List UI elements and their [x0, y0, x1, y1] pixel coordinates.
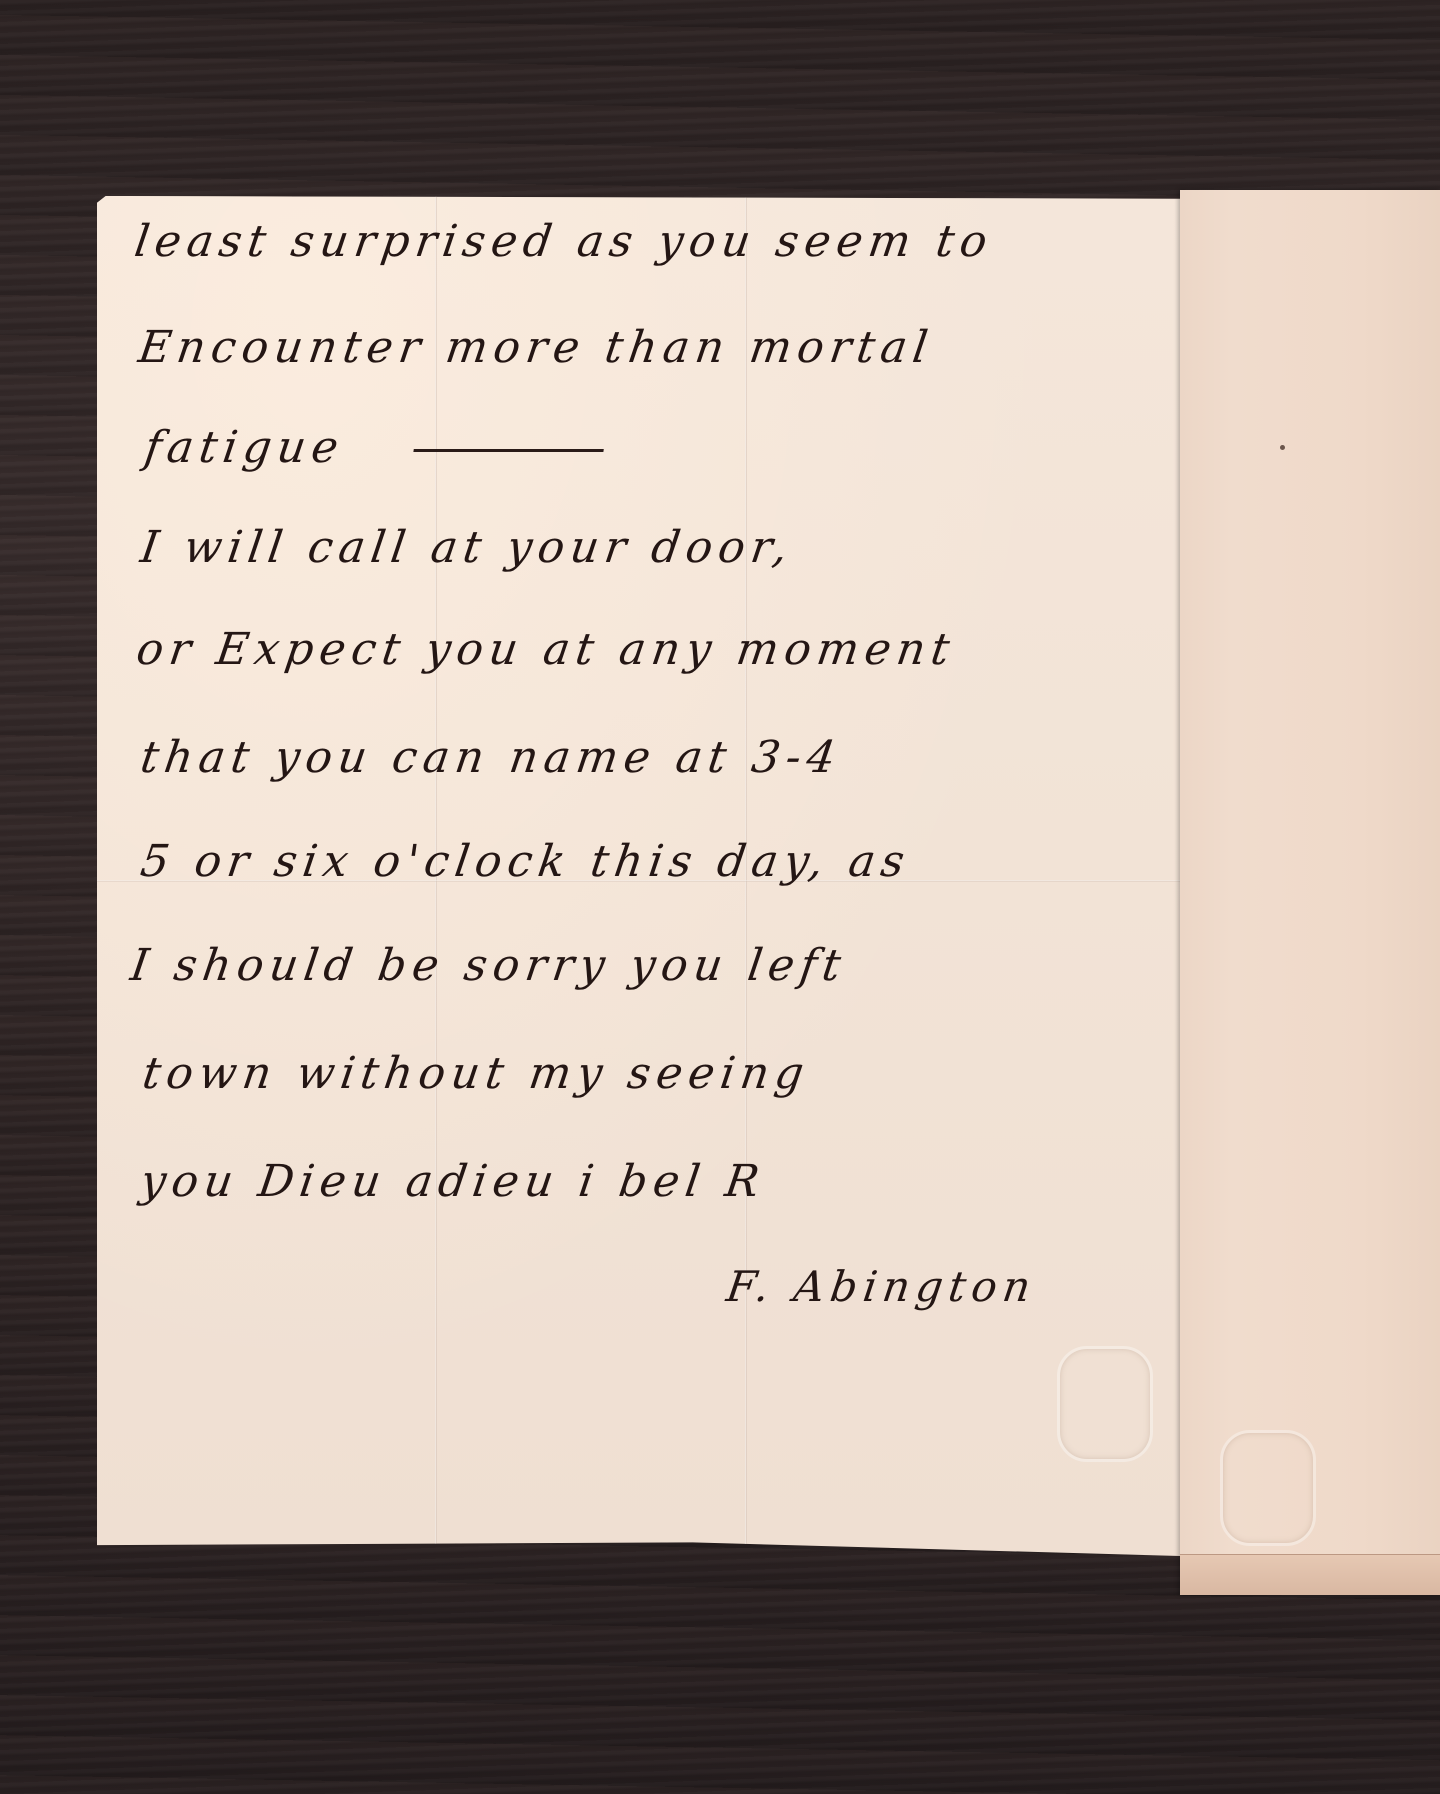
letter-line: least surprised as you seem to: [131, 216, 996, 267]
letter-line: I should be sorry you left: [127, 940, 849, 991]
letter-line: or Expect you at any moment: [133, 624, 958, 675]
letter-line-text: fatigue: [141, 422, 347, 473]
signature: F. Abington: [724, 1262, 1040, 1311]
letter-line: I will call at your door,: [137, 522, 796, 573]
folded-edge-strip: [1180, 1554, 1440, 1595]
letter-line: that you can name at 3-4: [137, 732, 844, 783]
letter-line: 5 or six o'clock this day, as: [137, 836, 913, 887]
letter-line: Encounter more than mortal: [135, 322, 936, 373]
seal-emboss: [1220, 1430, 1316, 1546]
letter-line: town without my seeing: [139, 1048, 812, 1099]
ink-spot: [1280, 445, 1285, 450]
letter-line: fatigue: [141, 422, 607, 473]
dash-stroke: [413, 449, 603, 452]
letter-line: you Dieu adieu i bel R: [137, 1156, 768, 1207]
seal-emboss: [1057, 1346, 1153, 1462]
letter-sheet: least surprised as you seem to Encounter…: [97, 196, 1180, 1556]
side-panel-page: [1180, 190, 1440, 1595]
